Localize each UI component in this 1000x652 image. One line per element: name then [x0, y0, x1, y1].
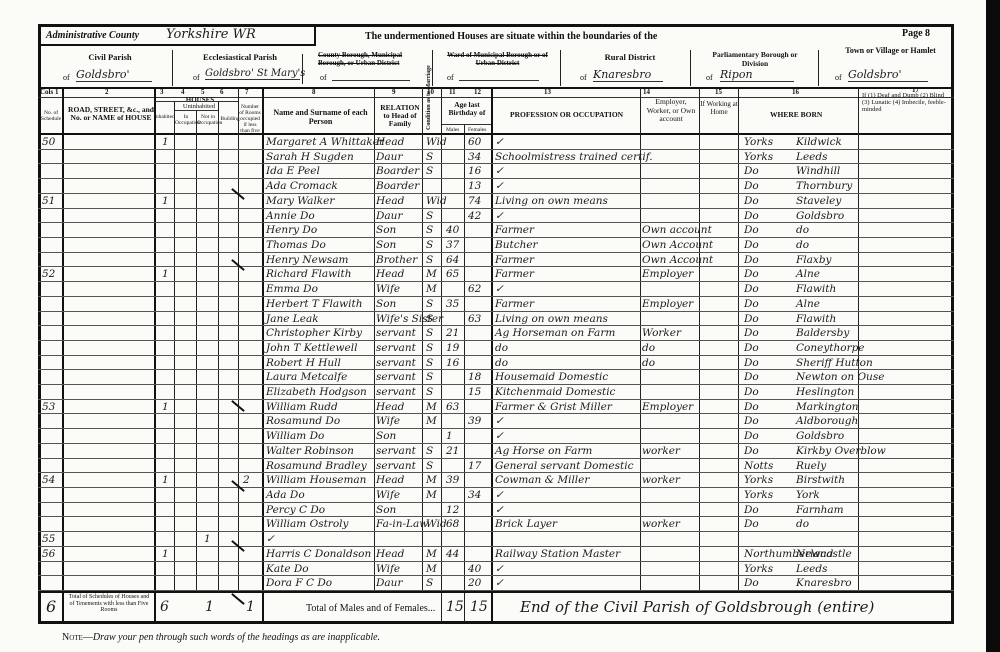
relation-to-head: Daur: [376, 209, 402, 224]
person-name: Walter Robinson: [266, 444, 354, 459]
male-age: 40: [446, 223, 459, 238]
birth-place: do: [796, 238, 809, 253]
schedule-number: 56: [42, 547, 55, 562]
birth-county: Do: [744, 209, 759, 224]
table-row: Elizabeth HodgsonservantS15Kitchenmaid D…: [38, 385, 954, 400]
occupation: Kitchenmaid Domestic: [495, 385, 615, 400]
marital-condition: M: [426, 473, 437, 488]
male-age: 21: [446, 326, 459, 341]
relation-to-head: servant: [376, 385, 416, 400]
female-age: 18: [468, 370, 481, 385]
note-prefix: Note—: [62, 632, 93, 643]
birth-place: Markington: [796, 400, 859, 415]
male-age: 44: [446, 547, 459, 562]
occupation: Housemaid Domestic: [495, 370, 608, 385]
male-age: 16: [446, 356, 459, 371]
male-age: 64: [446, 253, 459, 268]
relation-to-head: Boarder: [376, 164, 419, 179]
female-age: 34: [468, 150, 481, 165]
birth-county: Do: [744, 297, 759, 312]
birth-place: Leeds: [796, 150, 828, 165]
female-age: 34: [468, 488, 481, 503]
marital-condition: S: [426, 312, 433, 327]
total-rooms: 1: [246, 599, 255, 615]
occupation: Farmer: [495, 223, 534, 238]
employment-status: Own account: [642, 223, 712, 238]
birth-place: Newcastle: [796, 547, 852, 562]
table-row: 5412William HousemanHeadM39Cowman & Mill…: [38, 473, 954, 488]
table-row: Annie DoDaurS42✓DoGoldsbro: [38, 209, 954, 224]
totals-rule: [38, 591, 954, 593]
female-age: 74: [468, 194, 481, 209]
marital-condition: S: [426, 326, 433, 341]
female-age: 62: [468, 282, 481, 297]
birth-place: Flawith: [796, 312, 836, 327]
birth-place: Thornbury: [796, 179, 852, 194]
marital-condition: M: [426, 267, 437, 282]
marital-condition: Wid: [426, 194, 447, 209]
col11-header: Males: [446, 127, 459, 133]
table-row: Rosamund BradleyservantS17General servan…: [38, 459, 954, 474]
totals-label: Total of Schedules of Houses and of Tene…: [66, 594, 152, 614]
table-row: Robert H HullservantS16dodoDoSheriff Hut…: [38, 356, 954, 371]
occupation: ✓: [495, 576, 504, 591]
table-row: Jane LeakWife's SisterS63Living on own m…: [38, 312, 954, 327]
divider: [172, 50, 173, 86]
marital-condition: S: [426, 209, 433, 224]
table-row: Herbert T FlawithSonS35FarmerEmployerDoA…: [38, 297, 954, 312]
occupation: ✓: [495, 164, 504, 179]
birth-county: Do: [744, 267, 759, 282]
birth-county: Do: [744, 370, 759, 385]
col-num: 5: [201, 88, 205, 96]
table-row: Percy C DoSon12✓DoFarnham: [38, 503, 954, 518]
marital-condition: S: [426, 164, 433, 179]
occupation: ✓: [495, 414, 504, 429]
employment-status: Employer: [642, 267, 693, 282]
birth-place: Kildwick: [796, 135, 842, 150]
person-name: Ada Cromack: [266, 179, 338, 194]
rooms-count: 2: [243, 473, 250, 488]
census-page: Administrative County Yorkshire WR The u…: [0, 0, 1000, 652]
birth-place: do: [796, 517, 809, 532]
person-name: Christopher Kirby: [266, 326, 362, 341]
male-age: 68: [446, 517, 459, 532]
birth-place: Farnham: [796, 503, 844, 518]
person-name: Herbert T Flawith: [266, 297, 362, 312]
marital-condition: S: [426, 297, 433, 312]
birth-county: Do: [744, 429, 759, 444]
inhabited-count: 1: [162, 473, 169, 488]
person-name: Harris C Donaldson: [266, 547, 371, 562]
ward-label: Ward of Municipal Borough or of Urban Di…: [440, 51, 555, 67]
employment-status: worker: [642, 444, 680, 459]
of-label: of: [320, 73, 327, 82]
occupation: Schoolmistress trained certif.: [495, 150, 653, 165]
female-age: 63: [468, 312, 481, 327]
occupation: do: [495, 341, 508, 356]
of-label: of: [193, 73, 200, 82]
birth-county: Do: [744, 385, 759, 400]
relation-to-head: Head: [376, 473, 404, 488]
col-num: 13: [544, 88, 551, 96]
table-row: Kate DoWifeM40✓YorksLeeds: [38, 562, 954, 577]
col4-header: In Occupation: [175, 114, 197, 126]
note-text: Draw your pen through such words of the …: [93, 632, 380, 643]
marital-condition: S: [426, 356, 433, 371]
female-age: 15: [468, 385, 481, 400]
inhabited-count: 1: [162, 400, 169, 415]
female-age: 60: [468, 135, 481, 150]
col-num: 9: [392, 88, 396, 96]
occupation: Living on own means: [495, 194, 608, 209]
table-row: William DoSon1✓DoGoldsbro: [38, 429, 954, 444]
employment-status: Employer: [642, 400, 693, 415]
marital-condition: M: [426, 488, 437, 503]
table-row: Laura MetcalfeservantS18Housemaid Domest…: [38, 370, 954, 385]
male-age: 12: [446, 503, 459, 518]
scan-edge: [986, 0, 1000, 652]
birth-place: York: [796, 488, 820, 503]
table-row: Henry NewsamBrotherS64FarmerOwn AccountD…: [38, 253, 954, 268]
person-name: Henry Newsam: [266, 253, 348, 268]
birth-county: Yorks: [744, 562, 773, 577]
marital-condition: S: [426, 459, 433, 474]
table-row: Ida E PeelBoarderS16✓DoWindhill: [38, 164, 954, 179]
males-females-label: Total of Males and of Females...: [306, 603, 435, 614]
table-row: 561Harris C DonaldsonHeadM44Railway Stat…: [38, 547, 954, 562]
occupation: ✓: [495, 179, 504, 194]
person-name: Richard Flawith: [266, 267, 351, 282]
person-name: Percy C Do: [266, 503, 325, 518]
table-row: Ada CromackBoarder13✓DoThornbury: [38, 179, 954, 194]
birth-county: Do: [744, 326, 759, 341]
col-num: 4: [181, 88, 185, 96]
of-label: of: [63, 73, 70, 82]
col12-header: Females: [468, 127, 486, 133]
inhabited-count: 1: [162, 194, 169, 209]
birth-county: Do: [744, 238, 759, 253]
table-row: Sarah H SugdenDaurS34Schoolmistress trai…: [38, 150, 954, 165]
birth-place: Goldsbro: [796, 209, 844, 224]
occupation: ✓: [495, 503, 504, 518]
occupation: Cowman & Miller: [495, 473, 589, 488]
occupation: ✓: [495, 282, 504, 297]
col1-header: No. of Schedule: [40, 110, 62, 122]
col16-header: WHERE BORN: [770, 110, 822, 119]
col9-header: RELATION to Head of Family: [378, 104, 422, 128]
col10-header: Condition as to Marriage: [426, 96, 432, 130]
col-num: 7: [245, 88, 249, 96]
male-age: 35: [446, 297, 459, 312]
birth-place: Baldersby: [796, 326, 849, 341]
occupation: Ag Horse on Farm: [495, 444, 592, 459]
birth-county: Do: [744, 282, 759, 297]
divider: [560, 50, 561, 86]
male-age: 1: [446, 429, 453, 444]
county-borough-label: County Borough, Municipal Borough, or Ur…: [318, 51, 423, 67]
schedule-number: 50: [42, 135, 55, 150]
rural-district-value: Knaresbro: [593, 68, 663, 82]
employment-status: do: [642, 356, 655, 371]
town-label: Town or Village or Hamlet: [828, 46, 953, 55]
relation-to-head: Daur: [376, 150, 402, 165]
col8-header: Name and Surname of each Person: [268, 108, 373, 126]
table-row: Rosamund DoWifeM39✓DoAldborough: [38, 414, 954, 429]
relation-to-head: servant: [376, 341, 416, 356]
marital-condition: S: [426, 253, 433, 268]
marital-condition: S: [426, 576, 433, 591]
col13-header: PROFESSION OR OCCUPATION: [510, 110, 623, 119]
relation-to-head: Wife: [376, 414, 400, 429]
occupation: Farmer: [495, 267, 534, 282]
relation-to-head: Head: [376, 135, 404, 150]
schedule-number: 51: [42, 194, 55, 209]
col15-header: If Working at Home: [700, 100, 738, 116]
intro-text: The undermentioned Houses are situate wi…: [365, 31, 657, 42]
table-row: 551✓: [38, 532, 954, 547]
occupation: ✓: [495, 562, 504, 577]
col-num: 14: [643, 88, 650, 96]
employment-status: worker: [642, 473, 680, 488]
occupation: Farmer & Grist Miller: [495, 400, 612, 415]
col17-header: If (1) Deaf and Dumb (2) Blind (3) Lunat…: [862, 92, 952, 113]
col-num: 15: [715, 88, 722, 96]
female-age: 20: [468, 576, 481, 591]
relation-to-head: servant: [376, 459, 416, 474]
person-name: Ada Do: [266, 488, 305, 503]
table-row: 531William RuddHeadM63Farmer & Grist Mil…: [38, 400, 954, 415]
birth-place: do: [796, 223, 809, 238]
female-age: 16: [468, 164, 481, 179]
female-age: 17: [468, 459, 481, 474]
male-age: 63: [446, 400, 459, 415]
person-name: Jane Leak: [266, 312, 319, 327]
birth-county: Do: [744, 253, 759, 268]
person-name: Rosamund Bradley: [266, 459, 367, 474]
marital-condition: Wid: [426, 135, 447, 150]
of-label: of: [706, 73, 713, 82]
relation-to-head: servant: [376, 444, 416, 459]
total-schedules: 6: [46, 597, 56, 616]
male-age: 21: [446, 444, 459, 459]
table-row: Dora F C DoDaurS20✓DoKnaresbro: [38, 576, 954, 591]
person-name: Dora F C Do: [266, 576, 332, 591]
schedule-number: 54: [42, 473, 55, 488]
end-of-parish-text: End of the Civil Parish of Goldsbrough (…: [520, 598, 874, 616]
col14-header: Employer, Worker, or Own account: [644, 98, 698, 124]
relation-to-head: Head: [376, 400, 404, 415]
person-name: John T Kettlewell: [266, 341, 357, 356]
col2-header: ROAD, STREET, &c., and No. or NAME of HO…: [64, 106, 158, 122]
occupation: Ag Horseman on Farm: [495, 326, 615, 341]
birth-place: Sheriff Hutton: [796, 356, 873, 371]
employment-status: Worker: [642, 326, 681, 341]
marital-condition: S: [426, 385, 433, 400]
table-row: 501Margaret A WhittakerHeadWid60✓YorksKi…: [38, 135, 954, 150]
birth-county: Do: [744, 341, 759, 356]
relation-to-head: Son: [376, 503, 396, 518]
relation-to-head: Brother: [376, 253, 417, 268]
col-num: 6: [220, 88, 224, 96]
uninhabited-count: 1: [204, 532, 211, 547]
occupation: General servant Domestic: [495, 459, 633, 474]
birth-county: Do: [744, 194, 759, 209]
schedule-number: 55: [42, 532, 55, 547]
relation-to-head: Head: [376, 194, 404, 209]
rural-district-label: Rural District: [580, 52, 680, 62]
birth-place: Knaresbro: [796, 576, 852, 591]
civil-parish-value: Goldsbro': [76, 68, 152, 82]
houses-rule: [155, 101, 238, 102]
female-age: 13: [468, 179, 481, 194]
relation-to-head: Wife: [376, 282, 400, 297]
of-label: of: [447, 73, 454, 82]
table-row: John T KettlewellservantS19dodoDoConeyth…: [38, 341, 954, 356]
relation-to-head: Son: [376, 238, 396, 253]
birth-place: Flaxby: [796, 253, 831, 268]
relation-to-head: Head: [376, 547, 404, 562]
marital-condition: M: [426, 562, 437, 577]
person-name: Emma Do: [266, 282, 318, 297]
marital-condition: M: [426, 400, 437, 415]
occupation: ✓: [495, 135, 504, 150]
employment-status: Own Account: [642, 238, 713, 253]
person-name: Thomas Do: [266, 238, 326, 253]
marital-condition: M: [426, 414, 437, 429]
col-num: 11: [449, 88, 456, 96]
birth-place: Heslington: [796, 385, 854, 400]
female-age: 39: [468, 414, 481, 429]
table-row: Christopher KirbyservantS21Ag Horseman o…: [38, 326, 954, 341]
person-name: William Houseman: [266, 473, 366, 488]
birth-county: Do: [744, 179, 759, 194]
person-name: Kate Do: [266, 562, 309, 577]
table-row: Thomas DoSonS37ButcherOwn AccountDodo: [38, 238, 954, 253]
col-num: 8: [312, 88, 316, 96]
birth-county: Yorks: [744, 150, 773, 165]
male-age: 65: [446, 267, 459, 282]
birth-county: Do: [744, 164, 759, 179]
col-num: Cols 1: [40, 88, 58, 96]
table-row: 511Mary WalkerHeadWid74Living on own mea…: [38, 194, 954, 209]
person-name: William Rudd: [266, 400, 338, 415]
relation-to-head: Boarder: [376, 179, 419, 194]
birth-place: Kirkby Overblow: [796, 444, 886, 459]
parliamentary-value: Ripon: [720, 68, 794, 82]
relation-to-head: Head: [376, 267, 404, 282]
marital-condition: S: [426, 341, 433, 356]
col-num: 12: [474, 88, 481, 96]
occupation: Railway Station Master: [495, 547, 620, 562]
marital-condition: S: [426, 238, 433, 253]
town-value: Goldsbro': [848, 68, 928, 82]
employment-status: Own Account: [642, 253, 713, 268]
table-row: Ada DoWifeM34✓YorksYork: [38, 488, 954, 503]
person-name: Annie Do: [266, 209, 315, 224]
parliamentary-label: Parliamentary Borough or Division: [700, 51, 810, 68]
admin-county-label: Administrative County: [46, 30, 139, 41]
of-label: of: [580, 73, 587, 82]
birth-county: Do: [744, 223, 759, 238]
divider: [690, 50, 691, 86]
person-name: Rosamund Do: [266, 414, 340, 429]
schedule-number: 53: [42, 400, 55, 415]
occupation: ✓: [495, 429, 504, 444]
marital-condition: S: [426, 370, 433, 385]
relation-to-head: servant: [376, 370, 416, 385]
total-inhabited: 6: [160, 599, 169, 615]
birth-place: Coneythorpe: [796, 341, 865, 356]
divider: [432, 50, 433, 86]
occupation: do: [495, 356, 508, 371]
page-number: Page 8: [902, 28, 930, 39]
marital-condition: S: [426, 150, 433, 165]
table-row: Henry DoSonS40FarmerOwn accountDodo: [38, 223, 954, 238]
birth-place: Flawith: [796, 282, 836, 297]
birth-place: Alne: [796, 267, 820, 282]
relation-to-head: Son: [376, 429, 396, 444]
person-name: Sarah H Sugden: [266, 150, 354, 165]
person-name: Laura Metcalfe: [266, 370, 347, 385]
birth-county: Yorks: [744, 135, 773, 150]
age-rule: [442, 124, 491, 125]
relation-to-head: servant: [376, 356, 416, 371]
table-row: 521Richard FlawithHeadM65FarmerEmployerD…: [38, 267, 954, 282]
table-row: William OstrolyFa-in-LawWid68Brick Layer…: [38, 517, 954, 532]
person-name: Margaret A Whittaker: [266, 135, 384, 150]
birth-county: Yorks: [744, 488, 773, 503]
schedule-number: 52: [42, 267, 55, 282]
employment-status: Employer: [642, 297, 693, 312]
person-name: William Ostroly: [266, 517, 348, 532]
col-num: 2: [105, 88, 109, 96]
female-age: 42: [468, 209, 481, 224]
person-name: Ida E Peel: [266, 164, 320, 179]
table-row: Emma DoWifeM62✓DoFlawith: [38, 282, 954, 297]
person-name: Robert H Hull: [266, 356, 341, 371]
male-age: 19: [446, 341, 459, 356]
occupation: Farmer: [495, 253, 534, 268]
person-name: Henry Do: [266, 223, 317, 238]
birth-county: Do: [744, 356, 759, 371]
birth-county: Do: [744, 576, 759, 591]
person-name: William Do: [266, 429, 324, 444]
admin-county-value: Yorkshire WR: [166, 27, 256, 42]
employment-status: worker: [642, 517, 680, 532]
birth-county: Notts: [744, 459, 773, 474]
birth-county: Do: [744, 444, 759, 459]
marital-condition: S: [426, 223, 433, 238]
male-age: 39: [446, 473, 459, 488]
col-num: 3: [160, 88, 164, 96]
relation-to-head: Son: [376, 223, 396, 238]
col5-header: Not in Occupation: [197, 114, 219, 126]
marital-condition: M: [426, 547, 437, 562]
person-name: Elizabeth Hodgson: [266, 385, 367, 400]
of-label: of: [835, 73, 842, 82]
divider: [818, 50, 819, 86]
birth-place: Windhill: [796, 164, 840, 179]
male-age: 37: [446, 238, 459, 253]
ward-field: [459, 80, 539, 81]
occupation: Living on own means: [495, 312, 608, 327]
birth-place: Ruely: [796, 459, 826, 474]
ecclesiastical-parish-label: Ecclesiastical Parish: [185, 52, 295, 62]
ecclesiastical-parish-value: Goldsbro' St Mary's: [205, 68, 300, 80]
relation-to-head: Fa-in-Law: [376, 517, 428, 532]
birth-place: Birstwith: [796, 473, 845, 488]
